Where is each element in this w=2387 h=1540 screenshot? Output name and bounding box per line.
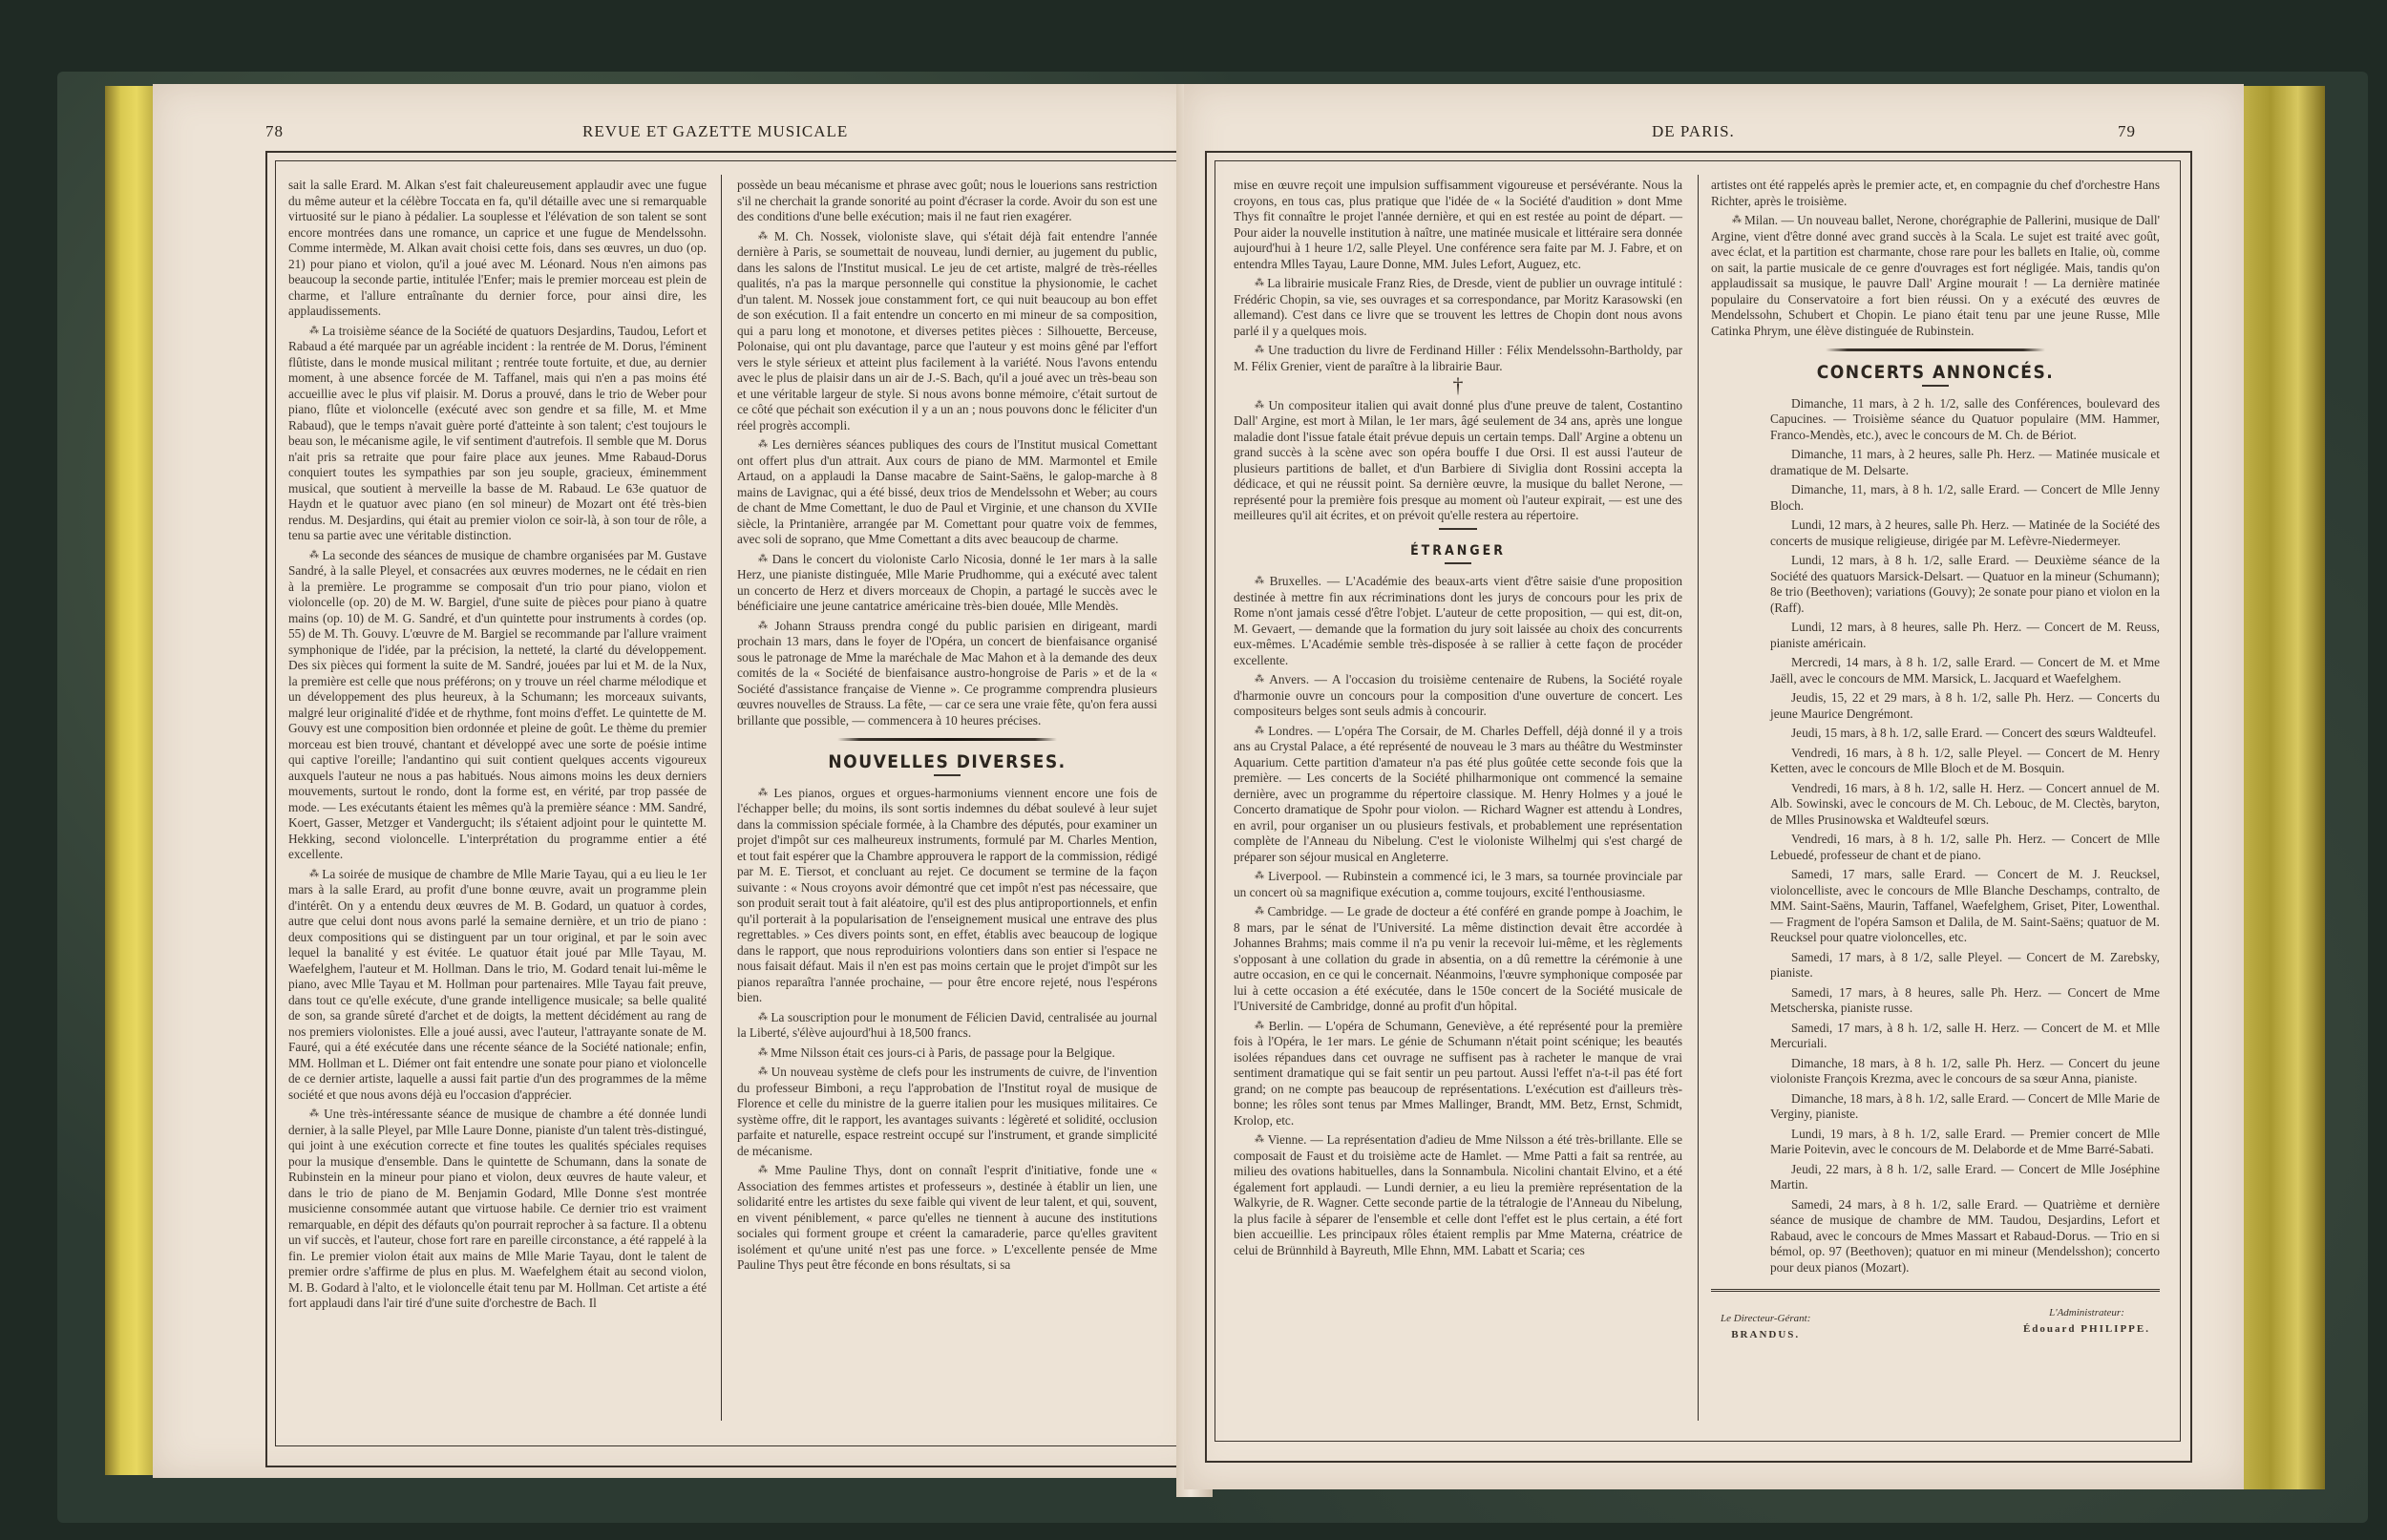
concert-listing: Samedi, 17 mars, à 8 heures, salle Ph. H… — [1711, 985, 2160, 1017]
ornamental-rule — [1826, 348, 2045, 351]
concert-listing: Jeudi, 22 mars, à 8 h. 1/2, salle Erard.… — [1711, 1162, 2160, 1193]
running-head: REVUE ET GAZETTE MUSICALE — [582, 122, 848, 141]
news-item: ⁂Une très-intéressante séance de musique… — [288, 1107, 707, 1312]
title-dash — [1922, 385, 1949, 387]
director-signature: Le Directeur-Gérant: BRANDUS. — [1721, 1311, 1810, 1342]
concert-listing: Samedi, 17 mars, salle Erard. — Concert … — [1711, 867, 2160, 946]
news-item: ⁂La librairie musicale Franz Ries, de Dr… — [1234, 276, 1682, 339]
news-item: ⁂La troisième séance de la Société de qu… — [288, 324, 707, 544]
asterism-icon: ⁂ — [1255, 1134, 1265, 1145]
news-item: ⁂Berlin. — L'opéra de Schumann, Genevièv… — [1234, 1019, 1682, 1129]
asterism-icon: ⁂ — [309, 326, 319, 336]
news-item: ⁂Vienne. — La représentation d'adieu de … — [1234, 1132, 1682, 1258]
milan-news: artistes ont été rappelés après le premi… — [1711, 178, 2160, 339]
asterism-icon: ⁂ — [758, 1165, 771, 1175]
news-item: ⁂Anvers. — A l'occasion du troisième cen… — [1234, 672, 1682, 720]
concert-listing: Vendredi, 16 mars, à 8 h. 1/2, salle Ph.… — [1711, 832, 2160, 863]
asterism-icon: ⁂ — [309, 550, 319, 560]
news-item: ⁂La souscription pour le monument de Fél… — [737, 1010, 1157, 1042]
running-head: DE PARIS. — [1652, 122, 1735, 141]
concert-list: Dimanche, 11 mars, à 2 h. 1/2, salle des… — [1711, 396, 2160, 1276]
asterism-icon: ⁂ — [1255, 576, 1267, 586]
right-page: DE PARIS. 79 mise en œuvre reçoit une im… — [1184, 84, 2244, 1489]
left-column-2: possède un beau mécanisme et phrase avec… — [737, 178, 1157, 1277]
news-item: ⁂Johann Strauss prendra congé du public … — [737, 619, 1157, 729]
section-title: ÉTRANGER — [1234, 543, 1682, 559]
news-item: ⁂Un nouveau système de clefs pour les in… — [737, 1065, 1157, 1159]
concert-listing: Samedi, 17 mars, à 8 h. 1/2, salle H. He… — [1711, 1021, 2160, 1052]
asterism-icon: ⁂ — [758, 231, 771, 242]
left-column-1: sait la salle Erard. M. Alkan s'est fait… — [288, 178, 707, 1316]
asterism-icon: ⁂ — [758, 1047, 768, 1058]
administrator-name: Édouard PHILIPPE. — [2023, 1321, 2150, 1338]
asterism-icon: ⁂ — [1255, 400, 1266, 411]
news-item: ⁂Mme Nilsson était ces jours-ci à Paris,… — [737, 1045, 1157, 1062]
concert-listing: Jeudi, 15 mars, à 8 h. 1/2, salle Erard.… — [1711, 726, 2160, 742]
section-rule — [1439, 528, 1477, 530]
concert-listing: Mercredi, 14 mars, à 8 h. 1/2, salle Era… — [1711, 655, 2160, 686]
concert-listing: Dimanche, 11 mars, à 2 heures, salle Ph.… — [1711, 447, 2160, 478]
left-page-edges — [105, 86, 158, 1475]
concert-listing: Dimanche, 11 mars, à 2 h. 1/2, salle des… — [1711, 396, 2160, 444]
asterism-icon: ⁂ — [1255, 906, 1265, 917]
news-item: ⁂Une traduction du livre de Ferdinand Hi… — [1234, 343, 1682, 374]
right-page-edges — [2234, 86, 2325, 1489]
news-item: ⁂Milan. — Un nouveau ballet, Nerone, cho… — [1711, 213, 2160, 339]
asterism-icon: ⁂ — [1255, 871, 1265, 881]
news-item: ⁂La soirée de musique de chambre de Mlle… — [288, 867, 707, 1104]
news-item: ⁂Mme Pauline Thys, dont on connaît l'esp… — [737, 1163, 1157, 1274]
page-number: 79 — [2118, 122, 2136, 141]
footer-rule: Le Directeur-Gérant: BRANDUS. L'Administ… — [1711, 1289, 2160, 1359]
concert-listing: Dimanche, 11, mars, à 8 h. 1/2, salle Er… — [1711, 482, 2160, 514]
right-column-1: mise en œuvre reçoit une impulsion suffi… — [1234, 178, 1682, 1262]
continued-paragraph: artistes ont été rappelés après le premi… — [1711, 178, 2160, 209]
asterism-icon: ⁂ — [758, 1012, 768, 1023]
concert-listing: Jeudis, 15, 22 et 29 mars, à 8 h. 1/2, s… — [1711, 690, 2160, 722]
page-number: 78 — [265, 122, 284, 141]
section-title: NOUVELLES DIVERSES. — [737, 754, 1157, 770]
title-dash — [934, 774, 961, 776]
concert-listing: Dimanche, 18 mars, à 8 h. 1/2, salle Era… — [1711, 1091, 2160, 1123]
continued-paragraph: possède un beau mécanisme et phrase avec… — [737, 178, 1157, 225]
news-item: ⁂Londres. — L'opéra The Corsair, de M. C… — [1234, 724, 1682, 866]
asterism-icon: ⁂ — [309, 869, 319, 879]
news-item: ⁂Cambridge. — Le grade de docteur a été … — [1234, 904, 1682, 1015]
news-item: ⁂La seconde des séances de musique de ch… — [288, 548, 707, 863]
administrator-signature: L'Administrateur: Édouard PHILIPPE. — [2023, 1305, 2150, 1337]
column-rule — [1698, 175, 1699, 1421]
ornamental-rule — [837, 738, 1057, 741]
asterism-icon: ⁂ — [309, 1108, 321, 1119]
director-name: BRANDUS. — [1721, 1327, 1810, 1343]
asterism-icon: ⁂ — [1732, 215, 1742, 225]
concert-listing: Samedi, 17 mars, à 8 1/2, salle Pleyel. … — [1711, 950, 2160, 981]
concert-listing: Vendredi, 16 mars, à 8 h. 1/2, salle H. … — [1711, 781, 2160, 829]
news-item: ⁂M. Ch. Nossek, violoniste slave, qui s'… — [737, 229, 1157, 434]
continued-paragraph: sait la salle Erard. M. Alkan s'est fait… — [288, 178, 707, 320]
asterism-icon: ⁂ — [1255, 278, 1264, 288]
continued-paragraph: mise en œuvre reçoit une impulsion suffi… — [1234, 178, 1682, 272]
concert-listing: Lundi, 12 mars, à 8 h. 1/2, salle Erard.… — [1711, 553, 2160, 616]
asterism-icon: ⁂ — [758, 554, 770, 564]
news-item: ⁂Les pianos, orgues et orgues-harmoniums… — [737, 786, 1157, 1006]
asterism-icon: ⁂ — [758, 788, 771, 798]
title-dash — [1445, 562, 1471, 564]
asterism-icon: ⁂ — [758, 439, 770, 450]
left-page: 78 REVUE ET GAZETTE MUSICALE sait la sal… — [153, 84, 1203, 1478]
concert-listing: Vendredi, 16 mars, à 8 h. 1/2, salle Ple… — [1711, 746, 2160, 777]
column-rule — [721, 175, 722, 1421]
asterism-icon: ⁂ — [758, 1066, 769, 1077]
asterism-icon: ⁂ — [758, 621, 771, 631]
concert-listing: Samedi, 24 mars, à 8 h. 1/2, salle Erard… — [1711, 1197, 2160, 1276]
asterism-icon: ⁂ — [1255, 726, 1265, 736]
news-item: ⁂Un compositeur italien qui avait donné … — [1234, 398, 1682, 524]
concert-listing: Lundi, 12 mars, à 2 heures, salle Ph. He… — [1711, 517, 2160, 549]
asterism-icon: ⁂ — [1255, 345, 1265, 355]
news-item: ⁂Bruxelles. — L'Académie des beaux-arts … — [1234, 574, 1682, 668]
concert-listing: Dimanche, 18 mars, à 8 h. 1/2, salle Ph.… — [1711, 1056, 2160, 1087]
news-item: ⁂Dans le concert du violoniste Carlo Nic… — [737, 552, 1157, 615]
right-column-2: artistes ont été rappelés après le premi… — [1711, 178, 2160, 1359]
asterism-icon: ⁂ — [1255, 674, 1266, 685]
obituary-cross-icon: † — [1234, 378, 1682, 394]
concert-listing: Lundi, 19 mars, à 8 h. 1/2, salle Erard.… — [1711, 1127, 2160, 1158]
concerts-title: CONCERTS ANNONCÉS. — [1711, 365, 2160, 381]
concert-listing: Lundi, 12 mars, à 8 heures, salle Ph. He… — [1711, 620, 2160, 651]
asterism-icon: ⁂ — [1255, 1021, 1266, 1031]
news-item: ⁂Liverpool. — Rubinstein a commencé ici,… — [1234, 869, 1682, 900]
news-item: ⁂Les dernières séances publiques des cou… — [737, 437, 1157, 548]
